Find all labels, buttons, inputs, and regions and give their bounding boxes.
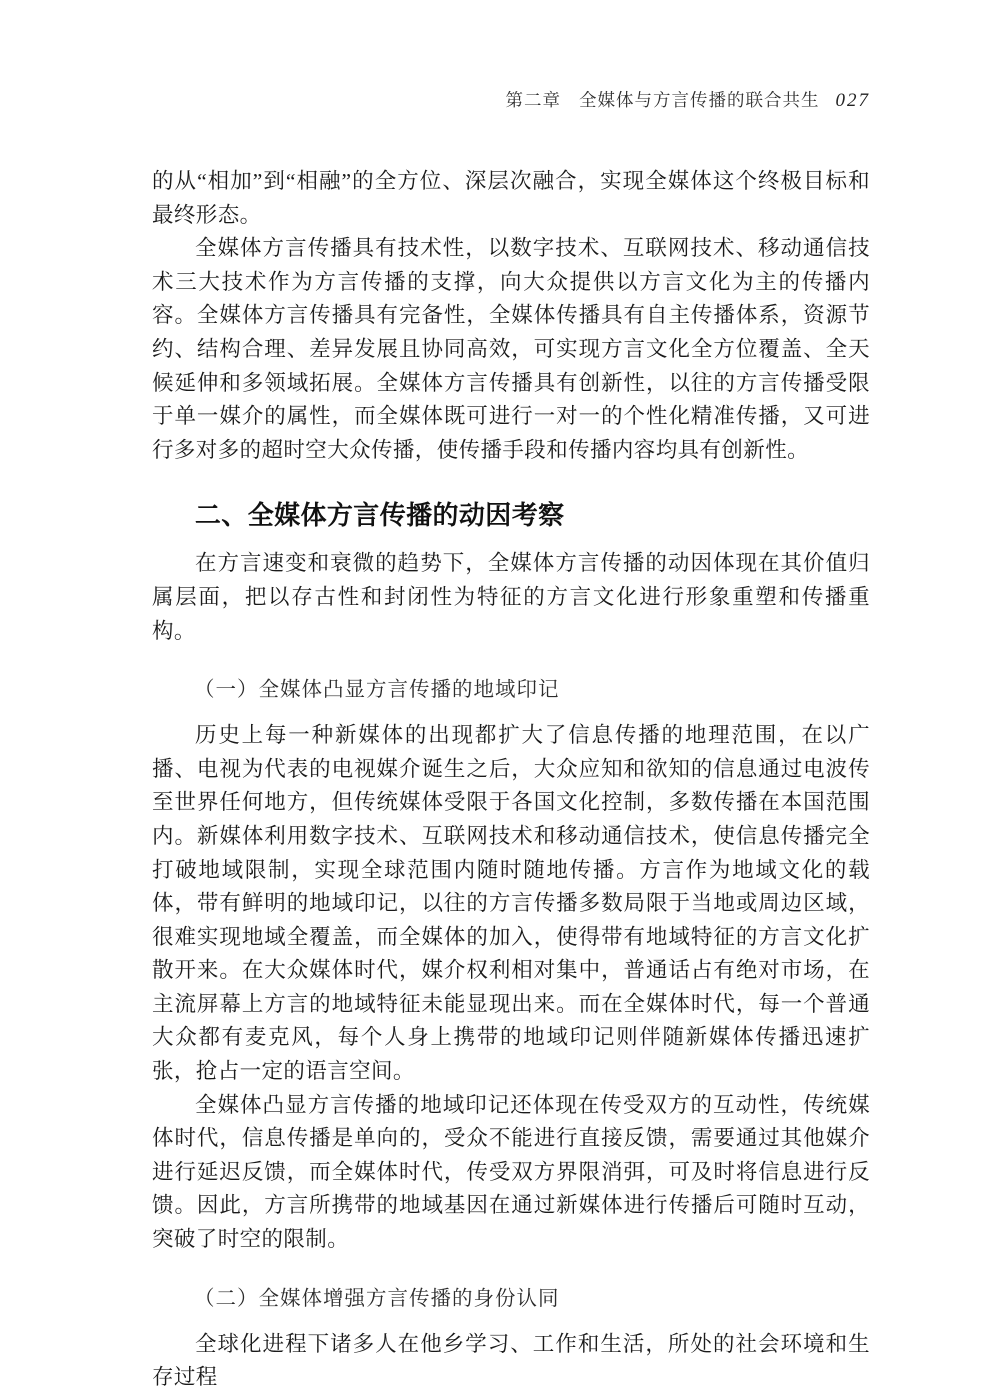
- subsection-heading-2: （二）全媒体增强方言传播的身份认同: [152, 1282, 870, 1316]
- paragraph-region-2: 全媒体凸显方言传播的地域印记还体现在传受双方的互动性，传统媒体时代，信息传播是单…: [152, 1089, 870, 1257]
- subsection-heading-1: （一）全媒体凸显方言传播的地域印记: [152, 673, 870, 707]
- paragraph-tech: 全媒体方言传播具有技术性，以数字技术、互联网技术、移动通信技术三大技术作为方言传…: [152, 232, 870, 467]
- page-number: 027: [836, 89, 871, 113]
- chapter-title: 全媒体与方言传播的联合共生: [579, 88, 820, 112]
- page-body: 的从“相加”到“相融”的全方位、深层次融合，实现全媒体这个终极目标和最终形态。 …: [152, 165, 870, 1395]
- paragraph-motivation: 在方言速变和衰微的趋势下，全媒体方言传播的动因体现在其价值归属层面，把以存古性和…: [152, 547, 870, 648]
- chapter-label: 第二章: [506, 88, 562, 112]
- book-page: 第二章 全媒体与方言传播的联合共生 027 的从“相加”到“相融”的全方位、深层…: [0, 0, 998, 1395]
- paragraph-region-1: 历史上每一种新媒体的出现都扩大了信息传播的地理范围，在以广播、电视为代表的电视媒…: [152, 719, 870, 1089]
- section-heading: 二、全媒体方言传播的动因考察: [152, 498, 870, 534]
- paragraph-identity: 全球化进程下诸多人在他乡学习、工作和生活，所处的社会环境和生存过程: [152, 1328, 870, 1395]
- paragraph-continuation: 的从“相加”到“相融”的全方位、深层次融合，实现全媒体这个终极目标和最终形态。: [152, 165, 870, 232]
- running-header: 第二章 全媒体与方言传播的联合共生 027: [152, 88, 870, 113]
